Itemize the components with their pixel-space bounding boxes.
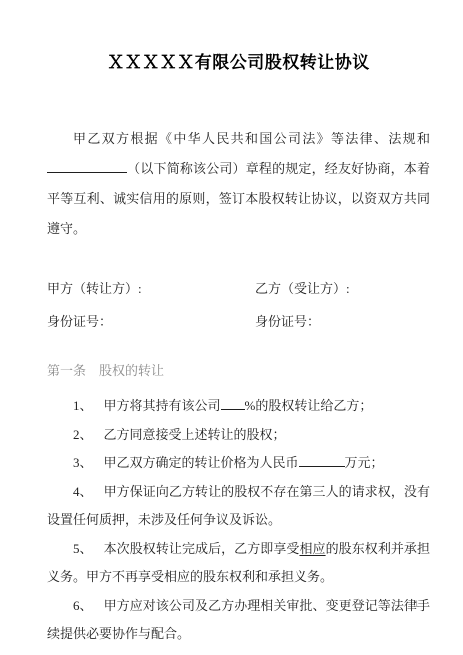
clause-4: 4、甲方保证向乙方转让的股权不存在第三人的请求权，没有设置任何质押，未涉及任何争… <box>47 478 430 535</box>
party-a-label: 甲方（转让方）: <box>47 274 255 304</box>
document-page: ＸＸＸＸＸ有限公司股权转让协议 甲乙双方根据《中华人民共和国公司法》等法律、法规… <box>0 0 463 655</box>
clause-1-post-text: %的股权转让给乙方； <box>245 398 373 413</box>
section-heading: 第一条股权的转让 <box>47 363 430 379</box>
clause-5-underlined-word: 相应 <box>299 541 325 556</box>
parties-block: 甲方（转让方）: 乙方（受让方）: 身份证号： 身份证号： <box>47 274 430 337</box>
clause-6-number: 6、 <box>73 598 93 613</box>
company-name-blank <box>47 158 127 173</box>
clause-1-pre-text: 甲方将其持有该公司 <box>104 398 221 413</box>
document-content: ＸＸＸＸＸ有限公司股权转让协议 甲乙双方根据《中华人民共和国公司法》等法律、法规… <box>0 52 463 649</box>
amount-blank <box>299 452 345 467</box>
party-b-label: 乙方（受让方）: <box>255 274 430 304</box>
clause-list: 1、甲方将其持有该公司%的股权转让给乙方； 2、乙方同意接受上述转让的股权； 3… <box>47 392 430 649</box>
party-ids-row: 身份证号： 身份证号： <box>47 307 430 337</box>
clause-3-post-text: 万元； <box>345 455 384 470</box>
clause-3: 3、甲乙双方确定的转让价格为人民币万元； <box>47 449 430 478</box>
clause-1-number: 1、 <box>73 398 93 413</box>
clause-4-text: 甲方保证向乙方转让的股权不存在第三人的请求权，没有设置任何质押，未涉及任何争议及… <box>47 484 430 528</box>
intro-paragraph: 甲乙双方根据《中华人民共和国公司法》等法律、法规和（以下简称该公司）章程的规定，… <box>47 124 430 244</box>
section-number: 第一条 <box>47 363 86 378</box>
clause-2: 2、乙方同意接受上述转让的股权； <box>47 421 430 450</box>
clause-3-pre-text: 甲乙双方确定的转让价格为人民币 <box>104 455 299 470</box>
party-a-id-label: 身份证号： <box>47 307 255 337</box>
page-number: 1 <box>414 599 419 609</box>
clause-1: 1、甲方将其持有该公司%的股权转让给乙方； <box>47 392 430 421</box>
clause-5-number: 5、 <box>73 541 93 556</box>
clause-2-text: 乙方同意接受上述转让的股权； <box>104 427 286 442</box>
clause-6: 6、甲方应对该公司及乙方办理相关审批、变更登记等法律手续提供必要协作与配合。 <box>47 592 430 649</box>
party-names-row: 甲方（转让方）: 乙方（受让方）: <box>47 274 430 304</box>
clause-5-pre-text: 本次股权转让完成后，乙方即享受 <box>104 541 300 556</box>
party-b-id-label: 身份证号： <box>255 307 430 337</box>
document-title: ＸＸＸＸＸ有限公司股权转让协议 <box>47 52 430 74</box>
intro-lead-text: 甲乙双方根据《中华人民共和国公司法》等法律、法规和 <box>73 131 430 146</box>
clause-6-text: 甲方应对该公司及乙方办理相关审批、变更登记等法律手续提供必要协作与配合。 <box>47 598 430 642</box>
clause-2-number: 2、 <box>73 427 93 442</box>
clause-4-number: 4、 <box>73 484 93 499</box>
percent-blank <box>221 395 245 410</box>
clause-5: 5、本次股权转让完成后，乙方即享受相应的股东权利并承担义务。甲方不再享受相应的股… <box>47 535 430 592</box>
section-name: 股权的转让 <box>99 363 164 378</box>
clause-3-number: 3、 <box>73 455 93 470</box>
